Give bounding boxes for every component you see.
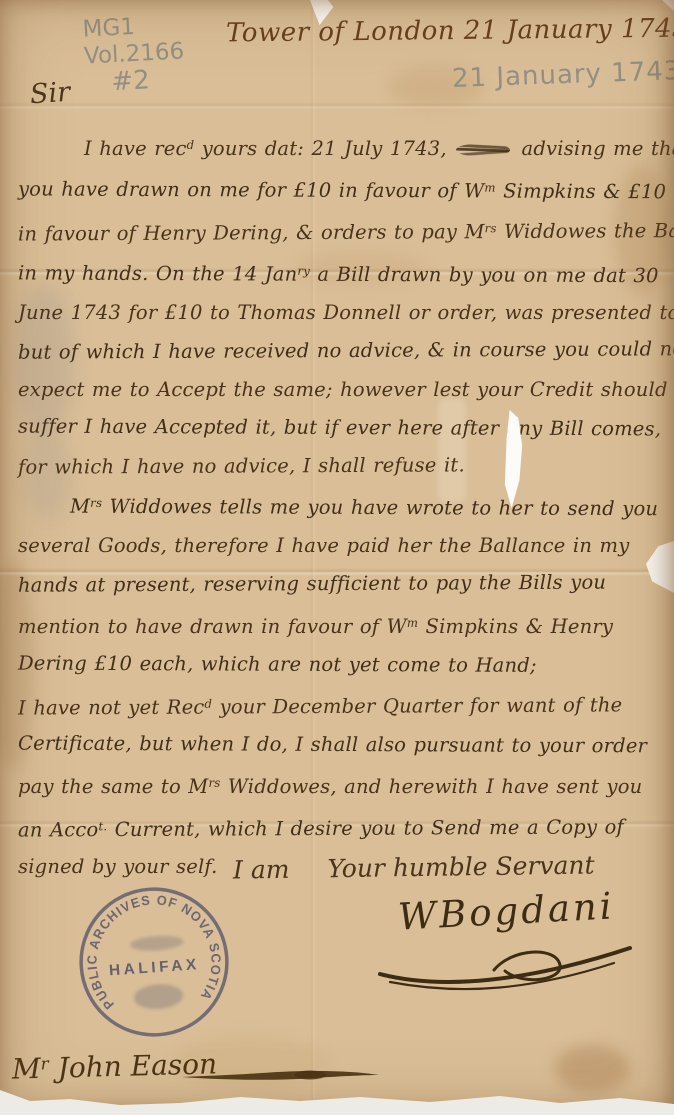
text-segment: Current, which I desire you to Send me a… — [107, 816, 624, 842]
letter-line: in my hands. On the 14 Janry a Bill draw… — [18, 251, 666, 296]
text-segment: an Acco — [18, 818, 99, 841]
text-segment: Widdowes the Ballance — [497, 219, 674, 243]
letter-line: June 1743 for £10 to Thomas Donnell or o… — [18, 294, 666, 332]
superscript: rs — [485, 221, 497, 235]
stamp-smudge — [133, 983, 184, 1011]
stamp-center-text: HALIFAX — [108, 956, 200, 979]
letter-line: suffer I have Accepted it, but if ever h… — [18, 407, 666, 448]
text-segment: several Goods, therefore I have paid her… — [18, 534, 629, 557]
text-segment: M — [70, 495, 90, 518]
superscript: m — [407, 616, 418, 630]
closing-line: I amYour humble Servant — [233, 850, 595, 884]
text-segment: M — [12, 1052, 42, 1086]
text-segment: Widdowes, and herewith I have sent you — [220, 775, 642, 798]
paper-stain — [555, 1045, 630, 1093]
text-segment: advising me that — [514, 137, 674, 160]
text-segment: yours dat: 21 July 1743, — [194, 137, 454, 160]
text-segment: I have not yet Rec — [18, 695, 205, 719]
letter-line: in favour of Henry Dering, & orders to p… — [18, 208, 666, 253]
text-segment: Certificate, but when I do, I shall also… — [18, 732, 647, 758]
closing-main: Your humble Servant — [327, 850, 594, 883]
letter-line: I have not yet Recd your December Quarte… — [18, 682, 666, 727]
addressee-rule — [182, 1068, 380, 1084]
letter-line: you have drawn on me for £10 in favour o… — [18, 167, 666, 212]
superscript: rs — [208, 776, 220, 790]
text-segment: in favour of Henry Dering, & orders to p… — [18, 220, 485, 245]
superscript: ry — [297, 264, 310, 278]
letter-line: Dering £10 each, which are not yet come … — [18, 644, 666, 685]
letter-line: Certificate, but when I do, I shall also… — [18, 725, 666, 766]
closing-lead: I am — [233, 855, 290, 885]
text-segment: you have drawn on me for £10 in favour o… — [18, 177, 485, 202]
letter-line: pay the same to Mrs Widdowes, and herewi… — [18, 764, 666, 806]
archival-reference-pencil: MG1 Vol.2166 #2 — [82, 11, 186, 97]
text-segment: Simpkins & £10 — [496, 180, 666, 204]
stamp-smudge — [130, 934, 184, 952]
letter-line: I have recd yours dat: 21 July 1743, adv… — [18, 126, 666, 168]
text-segment: for which I have no advice, I shall refu… — [18, 453, 465, 478]
text-segment: in my hands. On the 14 Jan — [18, 262, 298, 286]
closing-gap — [290, 877, 328, 878]
superscript: t. — [98, 819, 107, 833]
letter-line: hands at present, reserving sufficient t… — [18, 564, 666, 606]
superscript: m — [484, 181, 495, 195]
letter-line: several Goods, therefore I have paid her… — [18, 527, 666, 565]
text-segment: expect me to Accept the same; however le… — [18, 378, 668, 401]
paper-tear — [662, 0, 674, 11]
letter-line: mention to have drawn in favour of Wm Si… — [18, 604, 666, 646]
text-segment: June 1743 for £10 to Thomas Donnell or o… — [18, 301, 674, 324]
letter-body: I have recd yours dat: 21 July 1743, adv… — [18, 126, 666, 886]
text-segment: Dering £10 each, which are not yet come … — [18, 651, 537, 676]
fold-crease — [0, 102, 674, 110]
letter-paper: MG1 Vol.2166 #2 21 January 1743 Tower of… — [0, 0, 674, 1115]
letter-line: Mrs Widdowes tells me you have wrote to … — [18, 484, 666, 529]
text-segment: hands at present, reserving sufficient t… — [18, 571, 606, 597]
text-segment: Simpkins & Henry — [418, 615, 613, 638]
archival-ref-line: #2 — [111, 65, 187, 96]
text-segment: signed by your self. — [18, 855, 218, 878]
superscript: rs — [90, 496, 102, 510]
letter-line: expect me to Accept the same; however le… — [18, 371, 666, 409]
text-segment: suffer I have Accepted it, but if ever h… — [18, 414, 661, 440]
text-segment: Widdowes tells me you have wrote to her … — [102, 495, 658, 520]
pencil-date-annotation: 21 January 1743 — [452, 56, 674, 94]
letter-line: an Accot. Current, which I desire you to… — [18, 805, 666, 850]
letter-line: for which I have no advice, I shall refu… — [18, 445, 666, 487]
scanned-letter-page: { "annotations": { "ref_lines": ["MG1", … — [0, 0, 674, 1115]
text-segment: mention to have drawn in favour of W — [18, 615, 407, 638]
text-segment: but of which I have received no advice, … — [18, 338, 674, 365]
text-segment: pay the same to M — [18, 775, 208, 798]
text-segment: I have rec — [84, 137, 187, 160]
archive-stamp: PUBLIC ARCHIVES OF NOVA SCOTIA HALIFAX — [71, 879, 238, 1046]
salutation: Sir — [29, 77, 71, 111]
text-segment: a Bill drawn by you on me dat 30 — [310, 263, 659, 288]
signature: WBogdani — [397, 884, 616, 938]
letter-line: but of which I have received no advice, … — [18, 331, 666, 373]
scribble-deletion — [456, 144, 510, 156]
signature-flourish — [372, 932, 644, 994]
letter-dateline: Tower of London 21 January 1743 — [226, 14, 674, 49]
text-segment: your December Quarter for want of the — [212, 693, 622, 718]
